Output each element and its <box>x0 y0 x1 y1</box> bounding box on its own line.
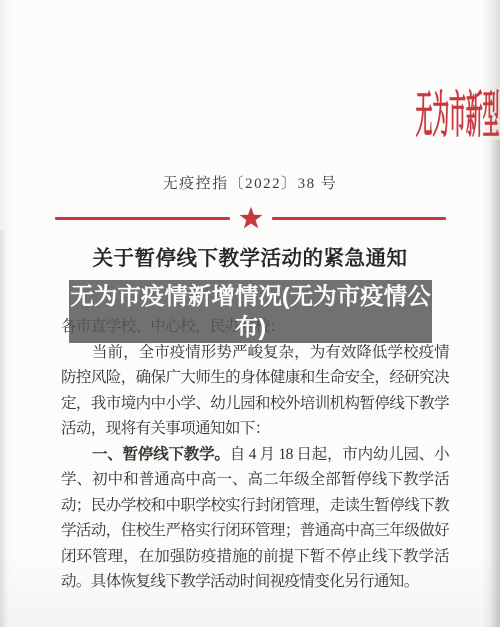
document-photo: 无为市新型冠状病毒感染的肺炎疫情防控应急指挥部文件 无疫控指〔2022〕38 号… <box>0 0 500 627</box>
red-divider <box>55 205 446 231</box>
paragraph-2: 一、暂停线下教学。自 4 月 18 日起，市内幼儿园、小学、初中和普通高中高一、… <box>61 442 449 595</box>
red-header-banner: 无为市新型冠状病毒感染的肺炎疫情防控应急指挥部文件 <box>0 84 500 146</box>
paragraph-2-rest: 自 4 月 18 日起，市内幼儿园、小学、初中和普通高中高一、高二年级全部暂停线… <box>61 446 449 591</box>
caption-overlay: 无为市疫情新增情况(无为市疫情公 布) <box>69 280 432 343</box>
notice-body: 各市直学校、中心校，民办学校： 当前，全市疫情形势严峻复杂，为有效降低学校疫情防… <box>61 314 449 595</box>
paragraph-2-lead: 一、暂停线下教学。 <box>92 446 230 463</box>
notice-title: 关于暂停线下教学活动的紧急通知 <box>0 241 500 271</box>
photo-edge-shadow-right <box>490 140 500 627</box>
paragraph-1: 当前，全市疫情形势严峻复杂，为有效降低学校疫情防控风险，确保广大师生的身体健康和… <box>61 340 449 442</box>
photo-edge-shadow-left <box>0 230 7 627</box>
issuing-authority-title: 无为市新型冠状病毒感染的肺炎疫情防控应急指挥部文件 <box>416 84 500 146</box>
star-icon <box>230 205 272 231</box>
caption-overlay-text: 无为市疫情新增情况(无为市疫情公 布) <box>69 281 432 343</box>
document-number: 无疫控指〔2022〕38 号 <box>0 172 500 193</box>
divider-line-left <box>55 217 230 220</box>
divider-line-right <box>272 217 447 220</box>
